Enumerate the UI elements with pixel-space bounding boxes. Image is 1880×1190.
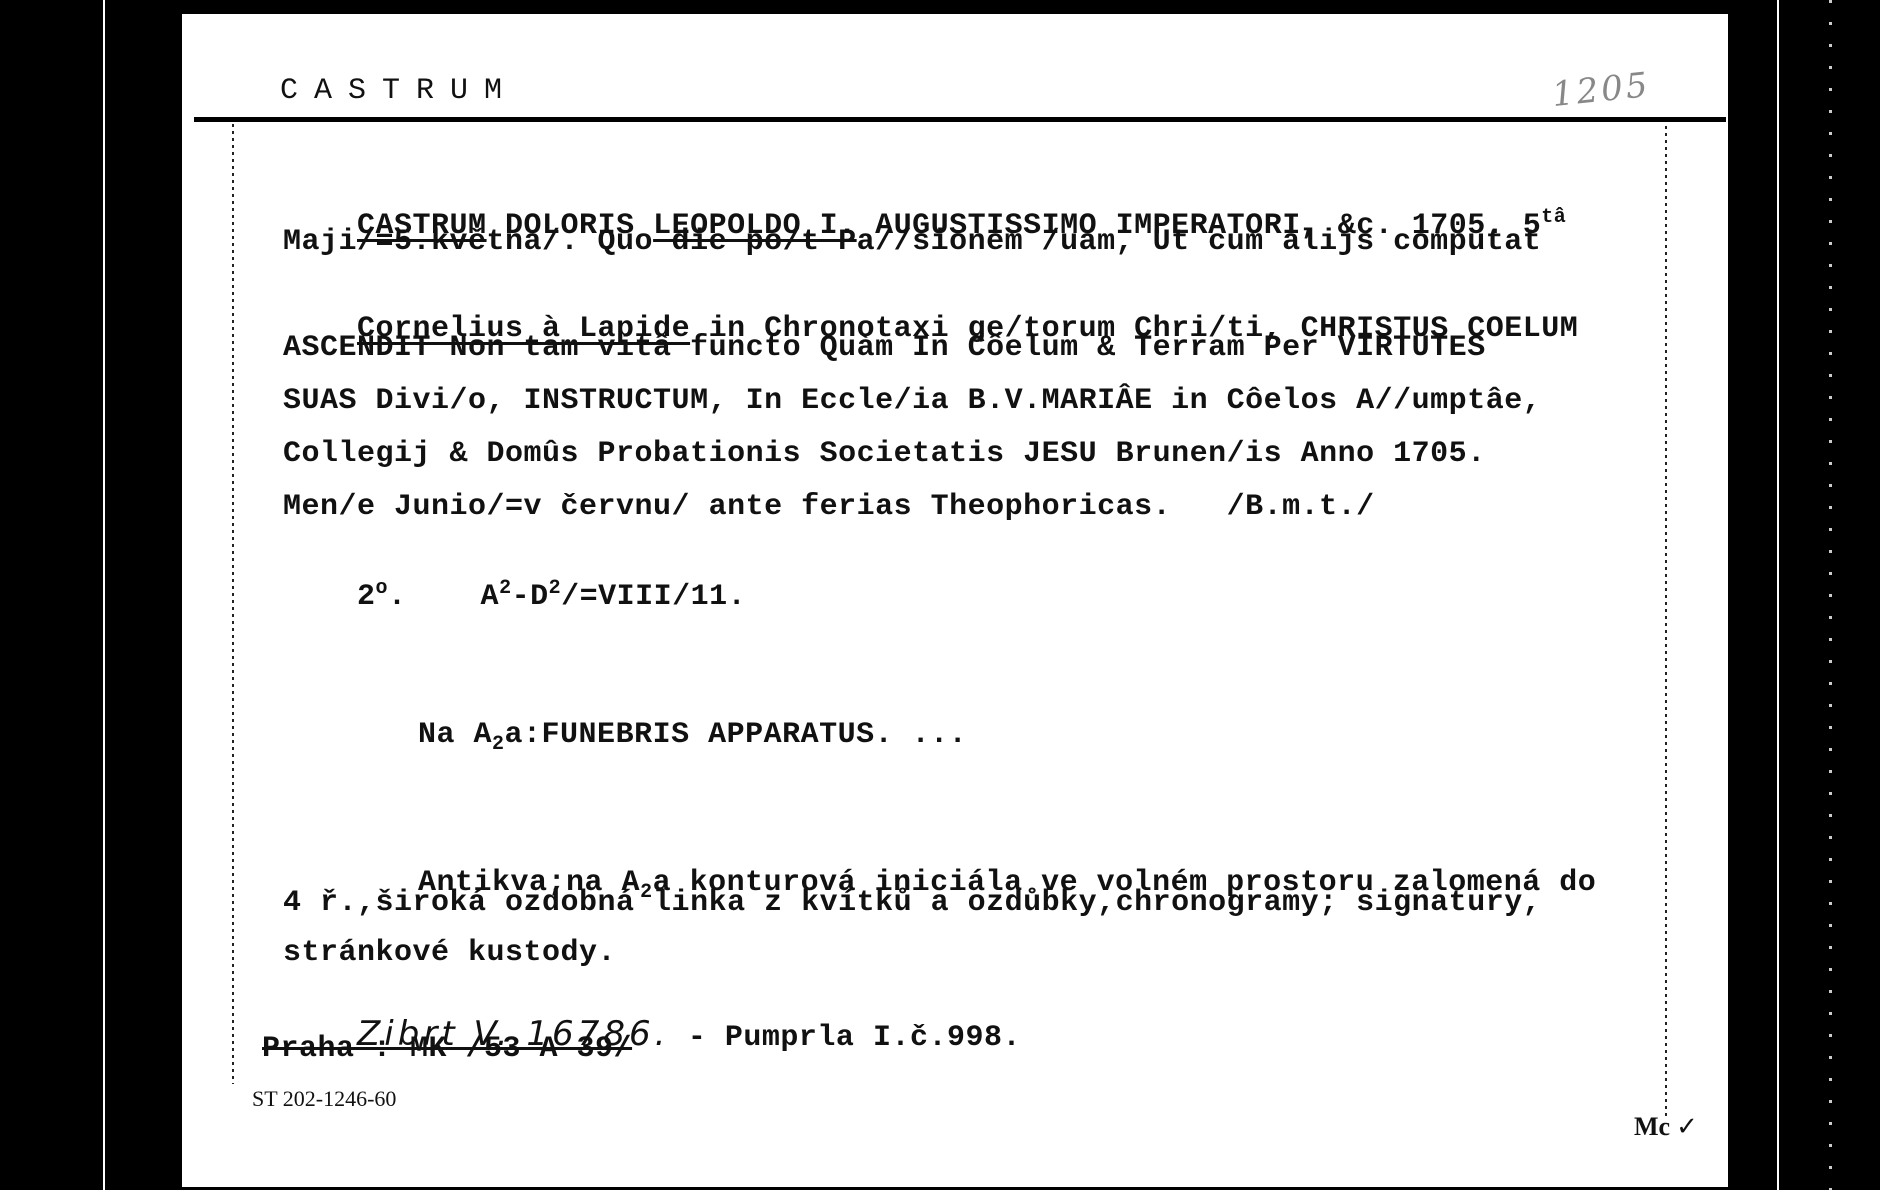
description-line-3: stránkové kustody. bbox=[283, 936, 616, 970]
title-line-7: Men/e Junio/=v červnu/ ante ferias Theop… bbox=[283, 490, 1375, 524]
scan-border-line-left bbox=[103, 0, 105, 1190]
incipit-line: Na A2a:FUNEBRIS APPARATUS. ... bbox=[344, 684, 967, 790]
scan-edge-dots bbox=[1829, 0, 1832, 1190]
description-line-2: 4 ř.,široká ozdobná linka z kvítků a ozd… bbox=[283, 886, 1541, 920]
title-line-2: Maji/=5.května/. Quo die po/t Pa//sionem… bbox=[283, 225, 1541, 259]
description-line-1: Antikva;na A2a konturová iniciála ve vol… bbox=[344, 832, 1596, 938]
title-line-4: ASCENDIT Non tam vitâ functo Quàm In Côe… bbox=[283, 331, 1486, 365]
title-line-5: SUAS Divi/o, INSTRUCTUM, In Eccle/ia B.V… bbox=[283, 384, 1541, 418]
title-line-6: Collegij & Domûs Probationis Societatis … bbox=[283, 437, 1486, 471]
catalog-card: CASTRUM 1205 CASTRUM DOLORIS LEOPOLDO I.… bbox=[182, 14, 1728, 1187]
check-mark-icon: ✓ bbox=[1676, 1112, 1698, 1142]
form-number: ST 202-1246-60 bbox=[252, 1086, 396, 1112]
pencil-number: 1205 bbox=[1550, 65, 1652, 115]
collation-line: 2o. A2-D2/=VIII/11. bbox=[283, 543, 746, 648]
left-margin-line bbox=[232, 124, 234, 1084]
scan-border-line-right bbox=[1777, 0, 1779, 1190]
header-rule bbox=[194, 117, 1726, 122]
right-margin-line bbox=[1665, 119, 1667, 1119]
typed-reference: - Pumprla I.č.998. bbox=[669, 1021, 1021, 1055]
card-heading: CASTRUM bbox=[280, 74, 518, 108]
cataloger-initials: Mc✓ bbox=[1634, 1112, 1698, 1142]
location-struck: Praha : MK /53 A 39/ bbox=[262, 1032, 632, 1066]
